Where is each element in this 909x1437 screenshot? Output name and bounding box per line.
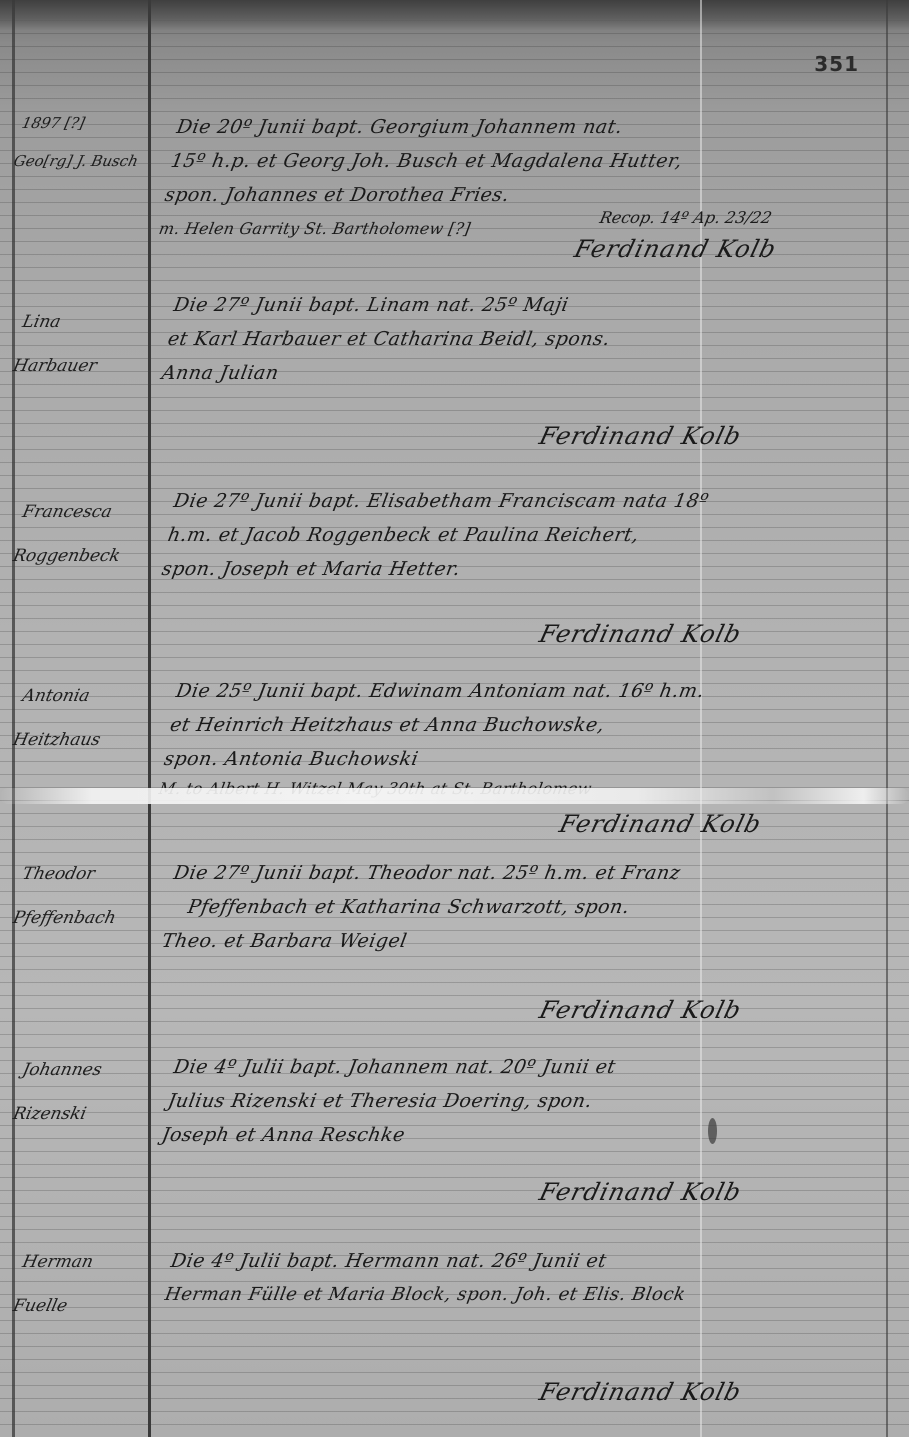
entry-line: et Heinrich Heitzhaus et Anna Buchowske, bbox=[167, 708, 893, 742]
entry-line: Die 25º Junii bapt. Edwinam Antoniam nat… bbox=[173, 674, 899, 708]
margin-year: 1897 [?] bbox=[18, 104, 154, 142]
margin-name-line: Antonia bbox=[18, 674, 155, 718]
pastor-signature: Ferdinand Kolb bbox=[537, 1378, 745, 1406]
margin-column-rule bbox=[148, 0, 151, 1437]
entry-text: Die 25º Junii bapt. Edwinam Antoniam nat… bbox=[157, 674, 900, 802]
entry-line: spon. Joseph et Maria Hetter. bbox=[159, 552, 885, 586]
entry-line: Pfeffenbach et Katharina Schwarzott, spo… bbox=[165, 890, 891, 924]
entry-line: Die 27º Junii bapt. Linam nat. 25º Maji bbox=[171, 288, 897, 322]
entry-margin-name: Francesca Roggenbeck bbox=[9, 490, 156, 578]
entry-line: Die 27º Junii bapt. Elisabetham Francisc… bbox=[171, 484, 897, 518]
entry-line: et Karl Harbauer et Catharina Beidl, spo… bbox=[165, 322, 891, 356]
entry-line: Joseph et Anna Reschke bbox=[159, 1118, 885, 1152]
entry-line: Theo. et Barbara Weigel bbox=[159, 924, 885, 958]
paper-tear-damage bbox=[0, 788, 909, 804]
entry-text: Die 27º Junii bapt. Elisabetham Francisc… bbox=[159, 484, 897, 586]
entry-margin-name: Johannes Rizenski bbox=[9, 1048, 156, 1136]
scan-top-edge bbox=[0, 0, 909, 30]
entry-line: Die 20º Junii bapt. Georgium Johannem na… bbox=[174, 110, 900, 144]
margin-name-line: Geo[rg] J. Busch bbox=[10, 142, 146, 180]
margin-name-line: Rizenski bbox=[9, 1092, 146, 1136]
recopy-note: Recop. 14º Ap. 23/22 bbox=[598, 208, 774, 227]
page-number: 351 bbox=[814, 52, 859, 76]
entry-margin-name: Antonia Heitzhaus bbox=[9, 674, 156, 762]
pastor-signature: Ferdinand Kolb bbox=[537, 422, 745, 450]
register-page: 351 1897 [?] Geo[rg] J. Busch Die 20º Ju… bbox=[0, 0, 909, 1437]
pastor-signature: Ferdinand Kolb bbox=[537, 996, 745, 1024]
margin-name-line: Harbauer bbox=[9, 344, 146, 388]
entry-line: Die 27º Junii bapt. Theodor nat. 25º h.m… bbox=[171, 856, 897, 890]
entry-line: spon. Johannes et Dorothea Fries. bbox=[162, 178, 888, 212]
left-border-rule bbox=[12, 0, 15, 1437]
margin-name-line: Roggenbeck bbox=[9, 534, 146, 578]
margin-name-line: Pfeffenbach bbox=[9, 896, 146, 940]
pastor-signature: Ferdinand Kolb bbox=[537, 620, 745, 648]
margin-name-line: Lina bbox=[18, 300, 155, 344]
entry-text: Die 4º Julii bapt. Johannem nat. 20º Jun… bbox=[159, 1050, 897, 1152]
margin-name-line: Johannes bbox=[18, 1048, 155, 1092]
margin-name-line: Heitzhaus bbox=[9, 718, 146, 762]
entry-line: spon. Antonia Buchowski bbox=[161, 742, 887, 776]
pastor-signature: Ferdinand Kolb bbox=[557, 810, 765, 838]
entry-line: Herman Fülle et Maria Block, spon. Joh. … bbox=[162, 1278, 888, 1312]
ink-blot bbox=[708, 1118, 717, 1144]
entry-text: Die 27º Junii bapt. Theodor nat. 25º h.m… bbox=[159, 856, 897, 958]
entry-margin-name: Lina Harbauer bbox=[9, 300, 156, 388]
pastor-signature: Ferdinand Kolb bbox=[537, 1178, 745, 1206]
entry-margin-name: Herman Fuelle bbox=[9, 1240, 156, 1328]
entry-line: 15º h.p. et Georg Joh. Busch et Magdalen… bbox=[168, 144, 894, 178]
entry-text: Die 27º Junii bapt. Linam nat. 25º Maji … bbox=[159, 288, 897, 390]
entry-text: Die 20º Junii bapt. Georgium Johannem na… bbox=[156, 110, 900, 246]
margin-name-line: Francesca bbox=[18, 490, 155, 534]
entry-text: Die 4º Julii bapt. Hermann nat. 26º Juni… bbox=[162, 1244, 894, 1312]
entry-line: h.m. et Jacob Roggenbeck et Paulina Reic… bbox=[165, 518, 891, 552]
entry-line: Die 4º Julii bapt. Johannem nat. 20º Jun… bbox=[171, 1050, 897, 1084]
entry-margin-name: 1897 [?] Geo[rg] J. Busch bbox=[10, 104, 154, 180]
pastor-signature: Ferdinand Kolb bbox=[572, 235, 780, 263]
entry-line: Die 4º Julii bapt. Hermann nat. 26º Juni… bbox=[168, 1244, 894, 1278]
margin-name-line: Fuelle bbox=[9, 1284, 146, 1328]
entry-line: Anna Julian bbox=[159, 356, 885, 390]
entry-line: Julius Rizenski et Theresia Doering, spo… bbox=[165, 1084, 891, 1118]
margin-name-line: Herman bbox=[18, 1240, 155, 1284]
entry-margin-name: Theodor Pfeffenbach bbox=[9, 852, 156, 940]
margin-name-line: Theodor bbox=[18, 852, 155, 896]
